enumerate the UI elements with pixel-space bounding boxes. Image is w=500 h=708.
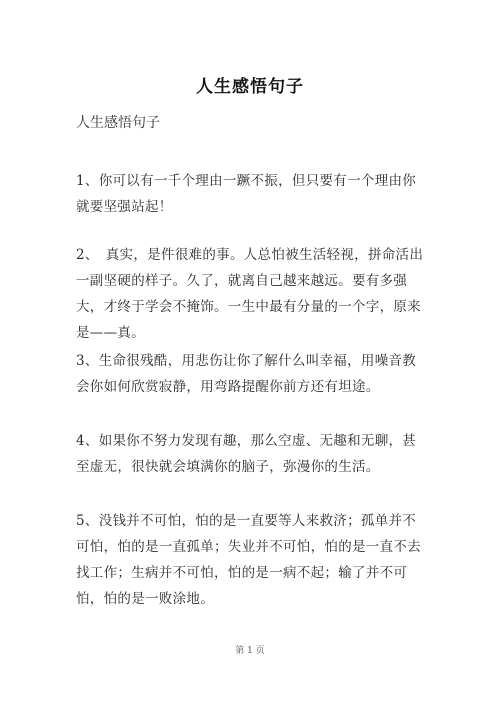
document-subtitle: 人生感悟句子: [76, 112, 160, 132]
paragraph-5: 5、没钱并不可怕，怕的是一直要等人来救济；孤单并不可怕，怕的是一直孤单；失业并不…: [76, 508, 426, 612]
document-title: 人生感悟句子: [0, 72, 500, 97]
paragraph-1: 1、你可以有一千个理由一蹶不振，但只要有一个理由你就要坚强站起！: [76, 168, 426, 220]
page-number: 第 1 页: [0, 643, 500, 656]
paragraph-2: 2、 真实，是件很难的事。人总怕被生活轻视，拼命活出一副坚硬的样子。久了，就离自…: [76, 242, 426, 346]
paragraph-3: 3、生命很残酷，用悲伤让你了解什么叫幸福，用噪音教会你如何欣赏寂静，用弯路提醒你…: [76, 348, 426, 400]
paragraph-4: 4、如果你不努力发现有趣，那么空虚、无趣和无聊，甚至虚无，很快就会填满你的脑子，…: [76, 428, 426, 480]
